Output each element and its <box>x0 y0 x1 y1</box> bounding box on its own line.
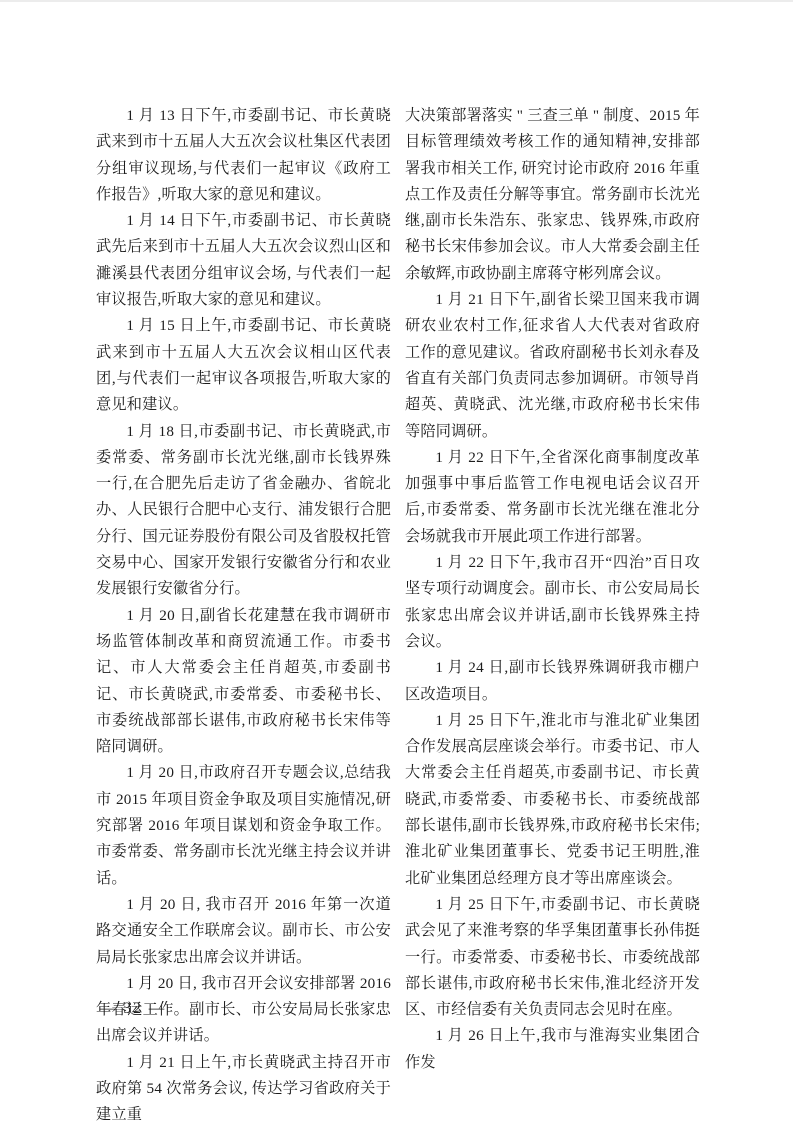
paragraph: 1 月 22 日下午,全省深化商事制度改革加强事中事后监管工作电视电话会议召开后… <box>405 445 700 550</box>
paragraph: 1 月 14 日下午,市委副书记、市长黄晓武先后来到市十五届人大五次会议烈山区和… <box>96 208 391 313</box>
text-column-left: 1 月 13 日下午,市委副书记、市长黄晓武来到市十五届人大五次会议杜集区代表团… <box>96 103 391 1122</box>
paragraph: 1 月 20 日,副省长花建慧在我市调研市场监管体制改革和商贸流通工作。市委书记… <box>96 603 391 761</box>
paragraph: 大决策部署落实 " 三查三单 " 制度、2015 年目标管理绩效考核工作的通知精… <box>405 103 700 287</box>
paragraph: 1 月 22 日下午,我市召开“四治”百日攻坚专项行动调度会。副市长、市公安局局… <box>405 550 700 655</box>
paragraph: 1 月 26 日上午,我市与淮海实业集团合作发 <box>405 1023 700 1076</box>
paragraph: 1 月 21 日上午,市长黄晓武主持召开市政府第 54 次常务会议, 传达学习省… <box>96 1050 391 1122</box>
paragraph: 1 月 15 日上午,市委副书记、市长黄晓武来到市十五届人大五次会议相山区代表团… <box>96 313 391 418</box>
paragraph: 1 月 20 日,市政府召开专题会议,总结我市 2015 年项目资金争取及项目实… <box>96 760 391 891</box>
paragraph: 1 月 20 日, 我市召开 2016 年第一次道路交通安全工作联席会议。副市长… <box>96 892 391 971</box>
paragraph: 1 月 18 日,市委副书记、市长黄晓武,市委常委、常务副市长沈光继,副市长钱界… <box>96 419 391 603</box>
paragraph: 1 月 25 日下午,市委副书记、市长黄晓武会见了来淮考察的华孚集团董事长孙伟挺… <box>405 892 700 1023</box>
paragraph: 1 月 13 日下午,市委副书记、市长黄晓武来到市十五届人大五次会议杜集区代表团… <box>96 103 391 208</box>
page-top-edge <box>0 0 793 2</box>
page-number: — 32 — <box>100 1000 166 1018</box>
paragraph: 1 月 24 日,副市长钱界殊调研我市棚户区改造项目。 <box>405 655 700 708</box>
document-page: 1 月 13 日下午,市委副书记、市长黄晓武来到市十五届人大五次会议杜集区代表团… <box>0 0 793 1122</box>
paragraph: 1 月 21 日下午,副省长梁卫国来我市调研农业农村工作,征求省人大代表对省政府… <box>405 287 700 445</box>
paragraph: 1 月 25 日下午,淮北市与淮北矿业集团合作发展高层座谈会举行。市委书记、市人… <box>405 708 700 892</box>
content-columns: 1 月 13 日下午,市委副书记、市长黄晓武来到市十五届人大五次会议杜集区代表团… <box>96 103 700 1122</box>
text-column-right: 大决策部署落实 " 三查三单 " 制度、2015 年目标管理绩效考核工作的通知精… <box>405 103 700 1122</box>
